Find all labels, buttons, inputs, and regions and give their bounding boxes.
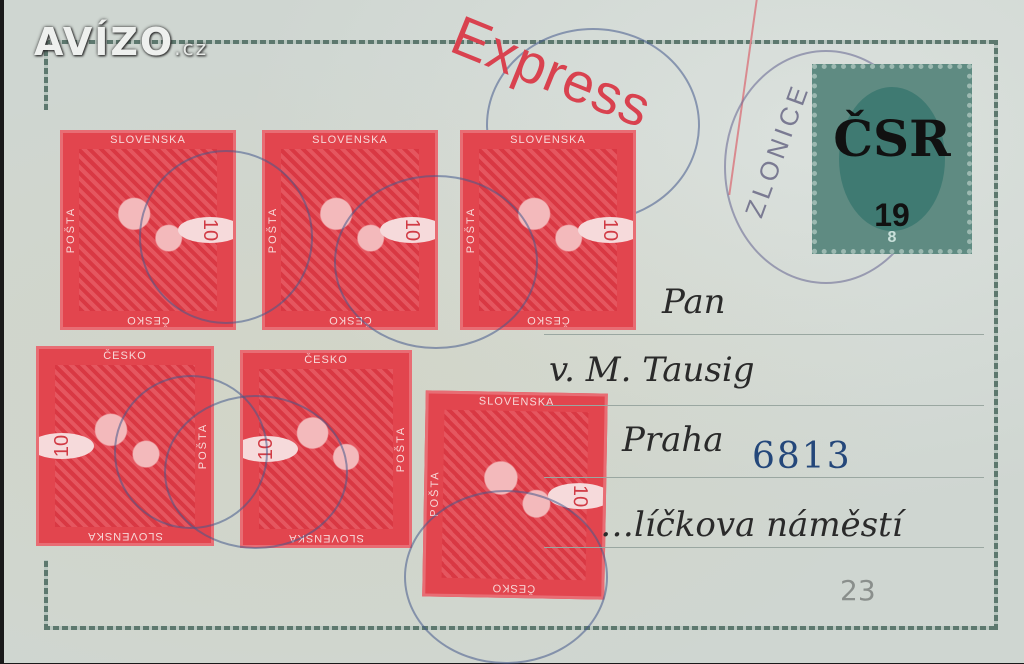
address-line-3 — [544, 477, 984, 478]
stamp-top-text: SLOVENSKA — [63, 134, 233, 146]
postcard: AVÍZO.cz Express ZLONICE ČSR 19 8 SLOVEN… — [4, 0, 1024, 663]
address-line-4 — [544, 547, 984, 548]
cancellation-2 — [334, 175, 538, 349]
stamp-top-text: ČESKO — [243, 354, 409, 366]
address-line-2 — [544, 405, 984, 406]
address-salutation: Pan — [662, 282, 726, 322]
stamp-side-text: POŠTA — [395, 426, 407, 472]
pencil-note: 23 — [840, 574, 876, 607]
stamp-top-text: SLOVENSKA — [463, 134, 633, 146]
address-city: Praha — [622, 420, 724, 460]
cancellation-1 — [139, 150, 313, 324]
cancellation-4 — [164, 395, 348, 549]
imprinted-stamp: ČSR 19 8 — [812, 64, 972, 254]
csr-overprint: ČSR — [817, 109, 967, 168]
stamp-top-text: SLOVENSKA — [429, 394, 605, 409]
stamp-top-text: ČESKO — [39, 350, 211, 362]
frame-left-border-lower — [44, 560, 48, 630]
frame-right-border — [994, 40, 998, 630]
address-line-1 — [544, 334, 984, 335]
original-value: 8 — [817, 229, 967, 247]
stamp-bottom-text: SLOVENSKA — [39, 530, 211, 542]
cancellation-5 — [404, 490, 608, 663]
avizo-watermark: AVÍZO.cz — [34, 20, 208, 64]
address-street: …líčkova náměstí — [600, 505, 903, 545]
stamp-value: 10 — [578, 217, 636, 243]
stamp-side-text: POŠTA — [65, 207, 77, 253]
stamp-top-text: SLOVENSKA — [265, 134, 435, 146]
address-name: v. M. Tausig — [549, 350, 755, 390]
postal-number-stamp: 6813 — [752, 436, 852, 477]
